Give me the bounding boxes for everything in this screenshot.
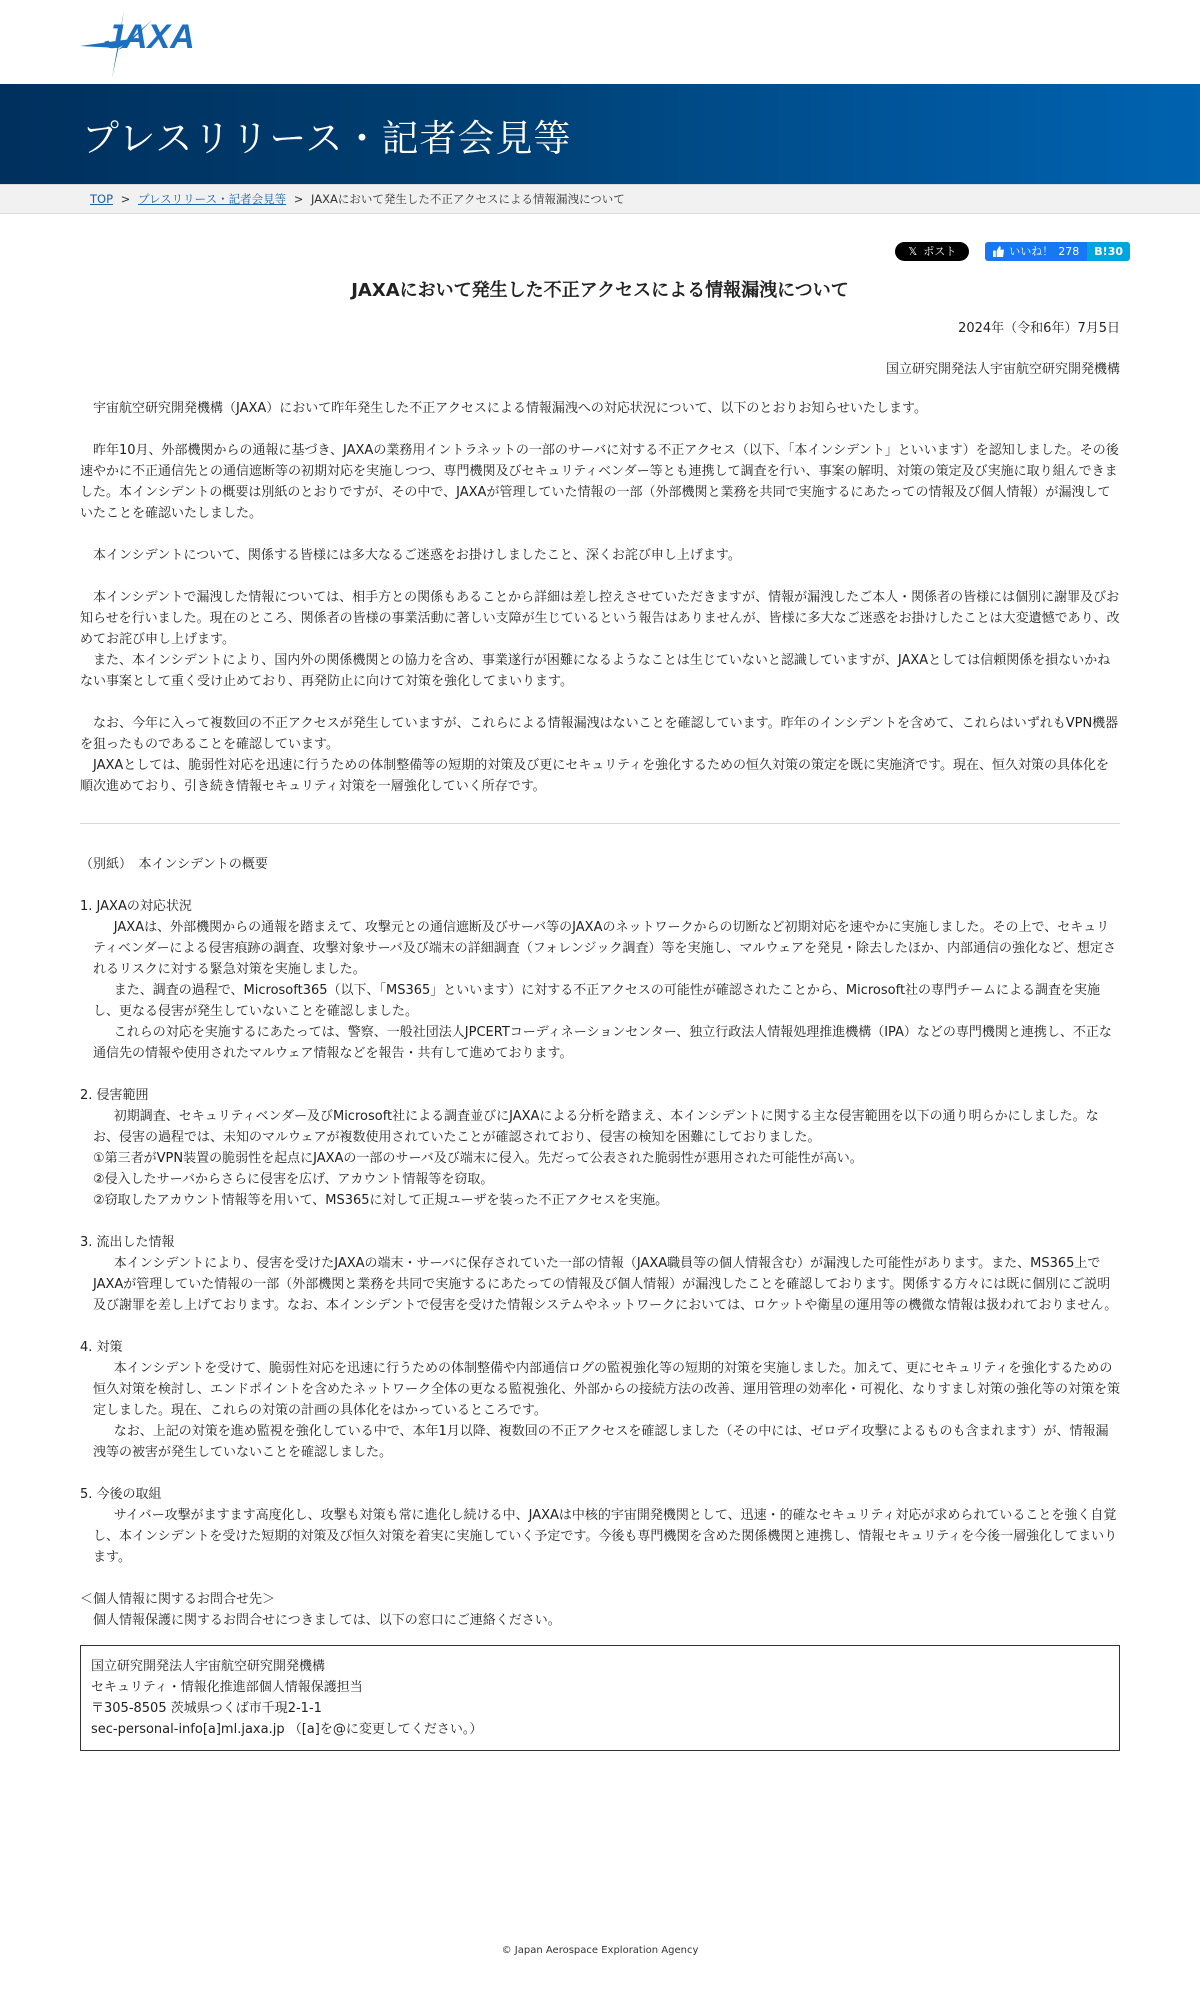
section-title: 4. 対策 [80,1337,1120,1358]
contact-section: ＜個人情報に関するお問合せ先＞ 個人情報保護に関するお問合せにつきましては、以下… [80,1589,1120,1751]
article-paragraph: 本インシデントについて、関係する皆様には多大なるご迷惑をお掛けしましたこと、深く… [80,545,1120,566]
share-button-group: いいね！ 278 B!30 [985,242,1130,261]
facebook-like-label: いいね！ [1009,242,1053,261]
article-title: JAXAにおいて発生した不正アクセスによる情報漏洩について [80,278,1120,304]
annex-section-countermeasures: 4. 対策 本インシデントを受けて、脆弱性対応を迅速に行うための体制整備や内部通… [80,1337,1120,1463]
contact-box: 国立研究開発法人宇宙航空研究開発機構 セキュリティ・情報化推進部個人情報保護担当… [80,1645,1120,1751]
section-title: 3. 流出した情報 [80,1232,1120,1253]
facebook-like-button[interactable]: いいね！ 278 [985,242,1087,261]
facebook-like-count: 278 [1058,242,1079,261]
banner-title: プレスリリース・記者会見等 [82,108,572,162]
contact-address: 〒305-8505 茨城県つくば市千現2-1-1 [91,1698,1109,1719]
page-banner: プレスリリース・記者会見等 [0,84,1200,184]
jaxa-logo-icon: JAXA [78,8,196,80]
breadcrumb-separator: > [294,192,304,206]
section-paragraph: これらの対応を実施するにあたっては、警察、一般社団法人JPCERTコーディネーシ… [93,1022,1120,1064]
annex-section-future: 5. 今後の取組 サイバー攻撃がますます高度化し、攻撃も対策も常に進化し続ける中… [80,1484,1120,1568]
contact-intro: 個人情報保護に関するお問合せにつきましては、以下の窓口にご連絡ください。 [80,1610,1120,1631]
annex-section-scope: 2. 侵害範囲 初期調査、セキュリティベンダー及びMicrosoft社による調査… [80,1085,1120,1211]
contact-organization: 国立研究開発法人宇宙航空研究開発機構 [91,1656,1109,1677]
x-post-button[interactable]: 𝕏 ポスト [895,242,969,261]
section-title: 1. JAXAの対応状況 [80,896,1120,917]
x-logo-icon: 𝕏 [908,242,917,261]
contact-email: sec-personal-info[a]ml.jaxa.jp （[a]を@に変更… [91,1719,1109,1740]
scope-list-item: ①第三者がVPN装置の脆弱性を起点にJAXAの一部のサーバ及び端末に侵入。先だっ… [93,1148,1120,1169]
section-paragraph: 初期調査、セキュリティベンダー及びMicrosoft社による調査並びにJAXAに… [93,1106,1120,1148]
section-title: 5. 今後の取組 [80,1484,1120,1505]
article-paragraph: 宇宙航空研究開発機構（JAXA）において昨年発生した不正アクセスによる情報漏洩へ… [80,398,1120,419]
annex-section-response: 1. JAXAの対応状況 JAXAは、外部機関からの通報を踏まえて、攻撃元との通… [80,896,1120,1064]
article-paragraph: 本インシデントで漏洩した情報については、相手方との関係もあることから詳細は差し控… [80,587,1120,650]
article-date: 2024年（令和6年）7月5日 [80,318,1120,339]
contact-department: セキュリティ・情報化推進部個人情報保護担当 [91,1677,1109,1698]
section-title: 2. 侵害範囲 [80,1085,1120,1106]
annex-heading: （別紙） 本インシデントの概要 [80,854,1120,875]
section-paragraph: なお、上記の対策を進め監視を強化している中で、本年1月以降、複数回の不正アクセス… [93,1421,1120,1463]
article-organization: 国立研究開発法人宇宙航空研究開発機構 [80,359,1120,380]
article-paragraph: JAXAとしては、脆弱性対応を迅速に行うための体制整備等の短期的対策及び更にセキ… [80,755,1120,797]
hatena-bookmark-button[interactable]: B!30 [1087,242,1130,261]
section-paragraph: サイバー攻撃がますます高度化し、攻撃も対策も常に進化し続ける中、JAXAは中核的… [93,1505,1120,1568]
section-paragraph: 本インシデントを受けて、脆弱性対応を迅速に行うための体制整備や内部通信ログの監視… [93,1358,1120,1421]
breadcrumb: TOP > プレスリリース・記者会見等 > JAXAにおいて発生した不正アクセス… [0,184,1200,214]
breadcrumb-top-link[interactable]: TOP [90,192,113,206]
section-paragraph: 本インシデントにより、侵害を受けたJAXAの端末・サーバに保存されていた一部の情… [93,1253,1120,1316]
scope-list-item: ②侵入したサーバからさらに侵害を広げ、アカウント情報等を窃取。 [93,1169,1120,1190]
article-paragraph: なお、今年に入って複数回の不正アクセスが発生していますが、これらによる情報漏洩は… [80,713,1120,755]
site-header: JAXA [0,0,1200,84]
article: JAXAにおいて発生した不正アクセスによる情報漏洩について 2024年（令和6年… [80,278,1120,1751]
breadcrumb-separator: > [121,192,131,206]
x-post-label: ポスト [923,242,956,261]
thumbs-up-icon [993,246,1004,257]
breadcrumb-press-link[interactable]: プレスリリース・記者会見等 [138,192,286,206]
article-paragraph: また、本インシデントにより、国内外の関係機関との協力を含め、事業遂行が困難になる… [80,650,1120,692]
footer-copyright: © Japan Aerospace Exploration Agency [0,1945,1200,1956]
section-paragraph: JAXAは、外部機関からの通報を踏まえて、攻撃元との通信遮断及びサーバ等のJAX… [93,917,1120,980]
hatena-icon: B! [1094,245,1107,258]
scope-list-item: ②窃取したアカウント情報等を用いて、MS365に対して正規ユーザを装った不正アク… [93,1190,1120,1211]
hatena-count: 30 [1108,245,1123,258]
svg-text:JAXA: JAXA [104,18,195,56]
contact-heading: ＜個人情報に関するお問合せ先＞ [80,1589,1120,1610]
section-paragraph: また、調査の過程で、Microsoft365（以下、「MS365」といいます）に… [93,980,1120,1022]
social-buttons: 𝕏 ポスト いいね！ 278 B!30 [895,242,1130,261]
jaxa-logo-link[interactable]: JAXA [78,8,196,80]
annex-section-leaked-info: 3. 流出した情報 本インシデントにより、侵害を受けたJAXAの端末・サーバに保… [80,1232,1120,1316]
section-divider [80,823,1120,824]
breadcrumb-current: JAXAにおいて発生した不正アクセスによる情報漏洩について [311,192,625,206]
article-paragraph: 昨年10月、外部機関からの通報に基づき、JAXAの業務用イントラネットの一部のサ… [80,440,1120,524]
